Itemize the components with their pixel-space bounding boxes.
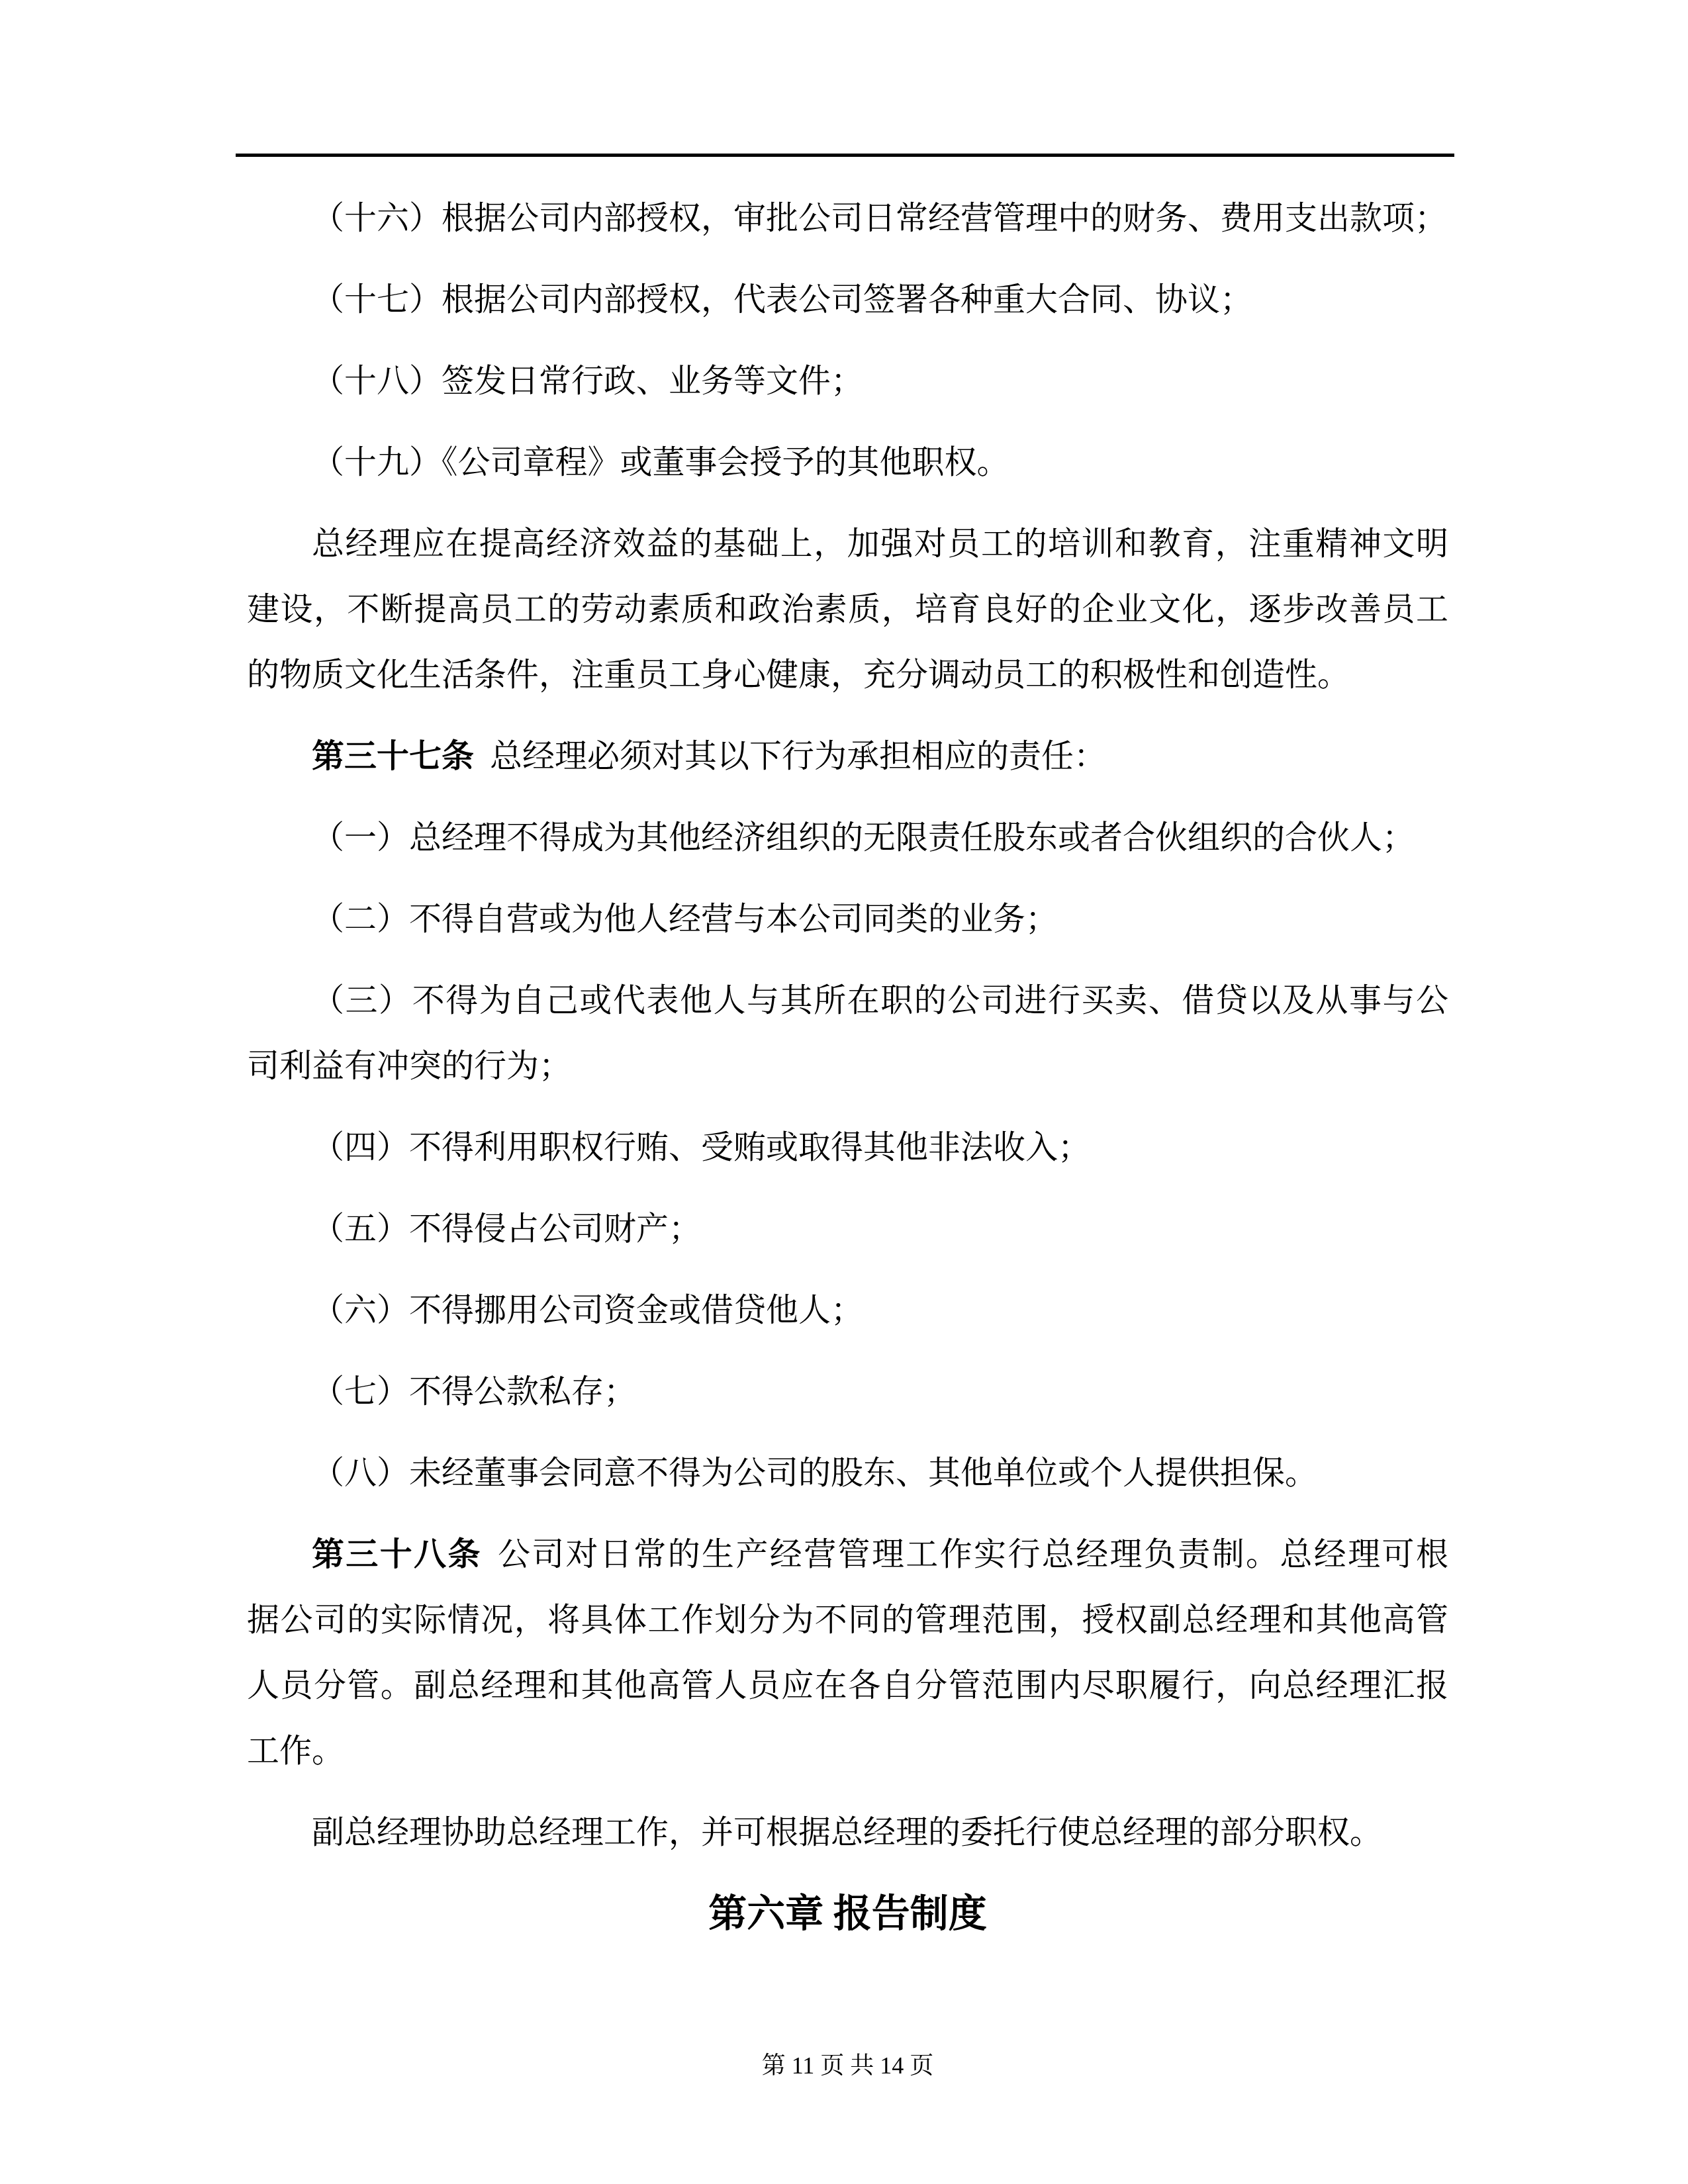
list-item-3: （三）不得为自己或代表他人与其所在职的公司进行买卖、借贷以及从事与公 司利益有冲… — [247, 968, 1448, 1099]
clause-line: 第三十七条总经理必须对其以下行为承担相应的责任： — [247, 723, 1448, 789]
list-item-7: （七）不得公款私存； — [247, 1359, 1448, 1424]
list-item-line: （十八）签发日常行政、业务等文件； — [247, 348, 1448, 414]
clause-text: 总经理必须对其以下行为承担相应的责任： — [490, 738, 1106, 774]
list-item-line: （八）未经董事会同意不得为公司的股东、其他单位或个人提供担保。 — [247, 1440, 1448, 1506]
list-item-line: （六）不得挪用公司资金或借贷他人； — [247, 1277, 1448, 1343]
document-body: （十六）根据公司内部授权，审批公司日常经营管理中的财务、费用支出款项； （十七）… — [247, 185, 1448, 1962]
list-item-19: （十九）《公司章程》或董事会授予的其他职权。 — [247, 430, 1448, 495]
list-item-8: （八）未经董事会同意不得为公司的股东、其他单位或个人提供担保。 — [247, 1440, 1448, 1506]
list-item-line: （七）不得公款私存； — [247, 1359, 1448, 1424]
list-item-line: （二）不得自营或为他人经营与本公司同类的业务； — [247, 886, 1448, 952]
list-item-line: （五）不得侵占公司财产； — [247, 1196, 1448, 1261]
list-item-17: （十七）根据公司内部授权，代表公司签署各种重大合同、协议； — [247, 267, 1448, 332]
clause-number: 第三十七条 — [312, 738, 474, 774]
paragraph-line: 副总经理协助总经理工作，并可根据总经理的委托行使总经理的部分职权。 — [247, 1799, 1448, 1865]
list-item-line: 司利益有冲突的行为； — [247, 1033, 1448, 1099]
page-footer: 第 11 页 共 14 页 — [247, 2033, 1448, 2099]
document-page: { "colors": { "text": "#000000", "backgr… — [0, 0, 1688, 2184]
list-item-line: （十九）《公司章程》或董事会授予的其他职权。 — [247, 430, 1448, 495]
list-item-6: （六）不得挪用公司资金或借贷他人； — [247, 1277, 1448, 1343]
list-item-1: （一）总经理不得成为其他经济组织的无限责任股东或者合伙组织的合伙人； — [247, 805, 1448, 870]
list-item-4: （四）不得利用职权行贿、受贿或取得其他非法收入； — [247, 1115, 1448, 1180]
list-item-line: （三）不得为自己或代表他人与其所在职的公司进行买卖、借贷以及从事与公 — [247, 968, 1448, 1033]
clause-line: 人员分管。副总经理和其他高管人员应在各自分管范围内尽职履行，向总经理汇报 — [247, 1653, 1448, 1718]
list-item-line: （一）总经理不得成为其他经济组织的无限责任股东或者合伙组织的合伙人； — [247, 805, 1448, 870]
list-item-2: （二）不得自营或为他人经营与本公司同类的业务； — [247, 886, 1448, 952]
clause-line: 工作。 — [247, 1718, 1448, 1784]
header-rule — [236, 154, 1454, 157]
clause-37: 第三十七条总经理必须对其以下行为承担相应的责任： — [247, 723, 1448, 789]
list-item-5: （五）不得侵占公司财产； — [247, 1196, 1448, 1261]
paragraph-line: 总经理应在提高经济效益的基础上，加强对员工的培训和教育，注重精神文明 — [247, 511, 1448, 576]
paragraph-line: 的物质文化生活条件，注重员工身心健康，充分调动员工的积极性和创造性。 — [247, 642, 1448, 707]
list-item-line: （十六）根据公司内部授权，审批公司日常经营管理中的财务、费用支出款项； — [247, 185, 1448, 251]
clause-38: 第三十八条公司对日常的生产经营管理工作实行总经理负责制。总经理可根 据公司的实际… — [247, 1522, 1448, 1784]
list-item-line: （十七）根据公司内部授权，代表公司签署各种重大合同、协议； — [247, 267, 1448, 332]
paragraph-line: 建设，不断提高员工的劳动素质和政治素质，培育良好的企业文化，逐步改善员工 — [247, 576, 1448, 642]
chapter-heading: 第六章 报告制度 — [247, 1881, 1448, 1946]
clause-line: 据公司的实际情况，将具体工作划分为不同的管理范围，授权副总经理和其他高管 — [247, 1587, 1448, 1653]
paragraph-manager-duty: 总经理应在提高经济效益的基础上，加强对员工的培训和教育，注重精神文明 建设，不断… — [247, 511, 1448, 707]
paragraph-deputy-manager: 副总经理协助总经理工作，并可根据总经理的委托行使总经理的部分职权。 — [247, 1799, 1448, 1865]
list-item-18: （十八）签发日常行政、业务等文件； — [247, 348, 1448, 414]
clause-line: 第三十八条公司对日常的生产经营管理工作实行总经理负责制。总经理可根 — [247, 1522, 1448, 1587]
list-item-16: （十六）根据公司内部授权，审批公司日常经营管理中的财务、费用支出款项； — [247, 185, 1448, 251]
clause-text: 公司对日常的生产经营管理工作实行总经理负责制。总经理可根 — [498, 1536, 1448, 1572]
list-item-line: （四）不得利用职权行贿、受贿或取得其他非法收入； — [247, 1115, 1448, 1180]
clause-number: 第三十八条 — [312, 1536, 482, 1572]
